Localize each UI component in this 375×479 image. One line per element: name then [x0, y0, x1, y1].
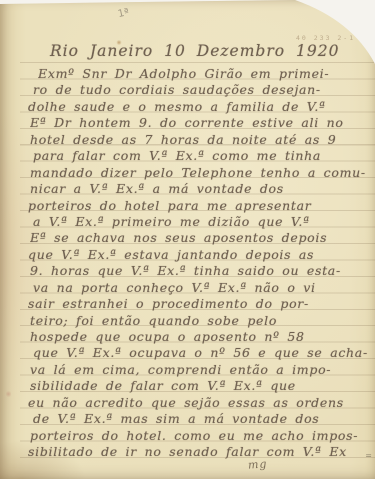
letter-line: que V.ª Ex.ª ocupava o nº 56 e que se ac… [33, 345, 375, 361]
letter-line: sibilidade de falar com V.ª Ex.ª que [30, 378, 375, 394]
letter-line: sair estranhei o procedimento do por- [28, 296, 375, 312]
letter-line: ro de tudo cordiais saudações desejan- [33, 82, 375, 98]
letter-line: teiro; foi então quando sobe pelo [30, 313, 375, 329]
letter-line: nicar a V.ª Ex.ª a má vontade dos [30, 181, 375, 197]
letter-line: Exmº Snr Dr Adolpho Girão em primei- [38, 66, 375, 82]
letter-dateline: Rio Janeiro 10 Dezembro 1920 [50, 42, 339, 60]
letter-line: eu não acredito que sejão essas as orden… [28, 395, 375, 411]
letter-line: a V.ª Ex.ª primeiro me dizião que V.ª [33, 214, 375, 230]
letter-line: mandado dizer pelo Telephone tenho a com… [30, 165, 375, 181]
catchword-flourish: mg [248, 457, 268, 471]
letter-line: Eª Dr hontem 9. do corrente estive ali n… [30, 115, 375, 131]
letter-line: Eª se achava nos seus aposentos depois [30, 230, 375, 246]
letter-line: de V.ª Ex.ª mas sim a má vontade dos [33, 411, 375, 427]
letter-line: va na porta conheço V.ª Ex.ª não o vi [33, 280, 375, 296]
archive-stamp: 40 233 2-1 [296, 34, 355, 42]
letter-line: dolhe saude e o mesmo a familia de V.ª [28, 99, 375, 115]
letter-line: que V.ª Ex.ª estava jantando depois as [28, 247, 375, 263]
letter-line: porteiros do hotel. como eu me acho impo… [30, 428, 375, 444]
letter-line: para falar com V.ª Ex.ª como me tinha [33, 148, 375, 164]
pencil-annotation: 1ª [117, 7, 130, 20]
letter-line: hotel desde as 7 horas da noite até as 9 [30, 132, 375, 148]
margin-mark: = [365, 451, 372, 460]
letter-paper: 1ª 40 233 2-1 Rio Janeiro 10 Dezembro 19… [0, 0, 375, 479]
foxing-spot [6, 390, 11, 398]
letter-line: sibilitado de ir no senado falar com V.ª… [28, 444, 375, 460]
letter-body: Exmº Snr Dr Adolpho Girão em primei- ro … [30, 66, 375, 461]
letter-line: va lá em cima, comprendi então a impo- [30, 362, 375, 378]
letter-line: porteiros do hotel para me apresentar [28, 198, 375, 214]
letter-line: hospede que ocupa o aposento nº 58 [30, 329, 375, 345]
letter-line: 9. horas que V.ª Ex.ª tinha saido ou est… [30, 263, 375, 279]
scanned-letter-page: 1ª 40 233 2-1 Rio Janeiro 10 Dezembro 19… [0, 0, 375, 479]
